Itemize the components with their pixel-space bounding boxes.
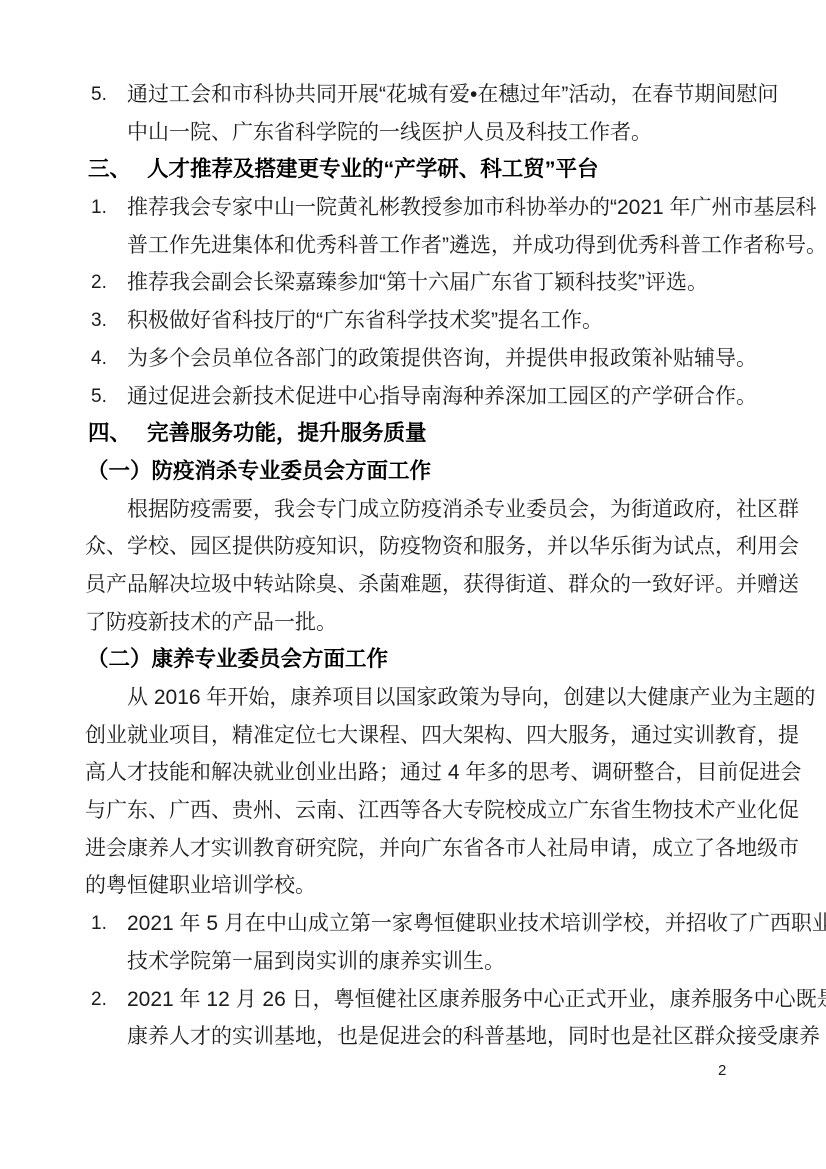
paragraph: 从 2016 年开始，康养项目以国家政策为导向，创建以大健康产业为主题的创业就业… <box>85 679 740 905</box>
list-item-number: 2. <box>91 981 125 1019</box>
text-line: 创业就业项目，精准定位七大课程、四大架构、四大服务，通过实训教育，提 <box>85 717 740 755</box>
list-item: 3.积极做好省科技厅的“广东省科学技术奖”提名工作。 <box>85 302 740 340</box>
text-line: 了防疫新技术的产品一批。 <box>85 604 740 642</box>
text-line: 中山一院、广东省科学院的一线医护人员及科技工作者。 <box>127 114 740 152</box>
text-line: 普工作先进集体和优秀科普工作者”遴选，并成功得到优秀科普工作者称号。 <box>127 227 740 265</box>
list-item-number: 3. <box>91 302 125 340</box>
page-footer: 2 <box>718 1062 738 1080</box>
list-item-number: 1. <box>91 905 125 943</box>
list-item-text: 2021 年 5 月在中山成立第一家粤恒健职业技术培训学校，并招收了广西职业技术… <box>127 905 740 980</box>
text-line: 根据防疫需要，我会专门成立防疫消杀专业委员会，为街道政府，社区群 <box>85 491 740 529</box>
text-line: 推荐我会副会长梁嘉臻参加“第十六届广东省丁颖科技奖”评选。 <box>127 264 740 302</box>
section-heading-number: 四、 <box>88 415 147 453</box>
page-number: 2 <box>718 1062 726 1079</box>
list-item-text: 2021 年 12 月 26 日，粤恒健社区康养服务中心正式开业，康养服务中心既… <box>127 981 740 1056</box>
text-line: 推荐我会专家中山一院黄礼彬教授参加市科协举办的“2021 年广州市基层科 <box>127 189 740 227</box>
list-item-number: 2. <box>91 264 125 302</box>
text-line: 技术学院第一届到岗实训的康养实训生。 <box>127 943 740 981</box>
section-heading-title: 人才推荐及搭建更专业的“产学研、科工贸”平台 <box>147 151 599 189</box>
list-item-text: 为多个会员单位各部门的政策提供咨询，并提供申报政策补贴辅导。 <box>127 340 740 378</box>
list-item-text: 积极做好省科技厅的“广东省科学技术奖”提名工作。 <box>127 302 740 340</box>
text-line: 员产品解决垃圾中转站除臭、杀菌难题，获得街道、群众的一致好评。并赠送 <box>85 566 740 604</box>
document-content: 5.通过工会和市科协共同开展“花城有爱•在穗过年”活动，在春节期间慰问中山一院、… <box>85 76 740 1056</box>
text-line: 2021 年 5 月在中山成立第一家粤恒健职业技术培训学校，并招收了广西职业 <box>127 905 740 943</box>
list-item-text: 推荐我会副会长梁嘉臻参加“第十六届广东省丁颖科技奖”评选。 <box>127 264 740 302</box>
text-line: 通过工会和市科协共同开展“花城有爱•在穗过年”活动，在春节期间慰问 <box>127 76 740 114</box>
text-line: 积极做好省科技厅的“广东省科学技术奖”提名工作。 <box>127 302 740 340</box>
text-line: 2021 年 12 月 26 日，粤恒健社区康养服务中心正式开业，康养服务中心既… <box>127 981 740 1019</box>
list-item-number: 1. <box>91 189 125 227</box>
section-heading-number: 三、 <box>88 151 147 189</box>
list-item-text: 通过促进会新技术促进中心指导南海种养深加工园区的产学研合作。 <box>127 378 740 416</box>
list-item-number: 5. <box>91 76 125 114</box>
list-item: 4.为多个会员单位各部门的政策提供咨询，并提供申报政策补贴辅导。 <box>85 340 740 378</box>
document-page: 5.通过工会和市科协共同开展“花城有爱•在穗过年”活动，在春节期间慰问中山一院、… <box>0 0 826 1169</box>
sub-heading: （一）防疫消杀专业委员会方面工作 <box>87 453 740 491</box>
list-item-text: 通过工会和市科协共同开展“花城有爱•在穗过年”活动，在春节期间慰问中山一院、广东… <box>127 76 740 151</box>
text-line: 高人才技能和解决就业创业出路；通过 4 年多的思考、调研整合，目前促进会 <box>85 754 740 792</box>
text-line: 与广东、广西、贵州、云南、江西等各大专院校成立广东省生物技术产业化促 <box>85 792 740 830</box>
list-item: 2.推荐我会副会长梁嘉臻参加“第十六届广东省丁颖科技奖”评选。 <box>85 264 740 302</box>
list-item: 5.通过促进会新技术促进中心指导南海种养深加工园区的产学研合作。 <box>85 378 740 416</box>
list-item: 1.2021 年 5 月在中山成立第一家粤恒健职业技术培训学校，并招收了广西职业… <box>85 905 740 980</box>
list-item-number: 5. <box>91 378 125 416</box>
text-line: 康养人才的实训基地，也是促进会的科普基地，同时也是社区群众接受康养 <box>127 1018 740 1056</box>
sub-heading: （二）康养专业委员会方面工作 <box>87 641 740 679</box>
paragraph: 根据防疫需要，我会专门成立防疫消杀专业委员会，为街道政府，社区群众、学校、园区提… <box>85 491 740 642</box>
list-item: 2.2021 年 12 月 26 日，粤恒健社区康养服务中心正式开业，康养服务中… <box>85 981 740 1056</box>
text-line: 为多个会员单位各部门的政策提供咨询，并提供申报政策补贴辅导。 <box>127 340 740 378</box>
section-heading: 四、完善服务功能，提升服务质量 <box>85 415 740 453</box>
list-item-text: 推荐我会专家中山一院黄礼彬教授参加市科协举办的“2021 年广州市基层科普工作先… <box>127 189 740 264</box>
text-line: 从 2016 年开始，康养项目以国家政策为导向，创建以大健康产业为主题的 <box>85 679 740 717</box>
list-item: 5.通过工会和市科协共同开展“花城有爱•在穗过年”活动，在春节期间慰问中山一院、… <box>85 76 740 151</box>
list-item-number: 4. <box>91 340 125 378</box>
section-heading-title: 完善服务功能，提升服务质量 <box>147 415 427 453</box>
text-line: 通过促进会新技术促进中心指导南海种养深加工园区的产学研合作。 <box>127 378 740 416</box>
text-line: 的粤恒健职业培训学校。 <box>85 867 740 905</box>
text-line: 众、学校、园区提供防疫知识，防疫物资和服务，并以华乐街为试点，利用会 <box>85 528 740 566</box>
section-heading: 三、人才推荐及搭建更专业的“产学研、科工贸”平台 <box>85 151 740 189</box>
list-item: 1.推荐我会专家中山一院黄礼彬教授参加市科协举办的“2021 年广州市基层科普工… <box>85 189 740 264</box>
text-line: 进会康养人才实训教育研究院，并向广东省各市人社局申请，成立了各地级市 <box>85 830 740 868</box>
